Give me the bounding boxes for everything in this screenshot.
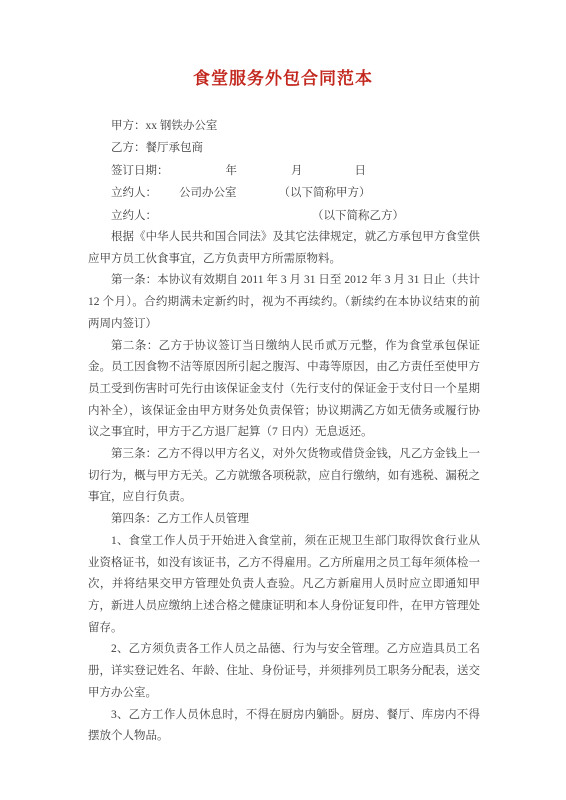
contract-header: 甲方：xx 钢铁办公室 乙方：餐厅承包商 签订日期：年月日 立约人：公司办公室（…	[88, 115, 480, 227]
sign-date-year-label: 年	[226, 160, 238, 182]
signatory-a-line: 立约人：公司办公室（以下简称甲方）	[111, 182, 480, 204]
party-a-value: xx 钢铁办公室	[146, 120, 218, 132]
paragraph-clause-4-item-3: 3、乙方工作人员休息时，不得在厨房内躺卧。厨房、餐厅、库房内不得摆放个人物品。	[88, 705, 480, 748]
party-a-label: 甲方：	[111, 120, 146, 132]
signatory-a-value: 公司办公室	[179, 182, 237, 204]
party-b-label: 乙方：	[111, 142, 146, 154]
signatory-a-label: 立约人：	[111, 187, 157, 199]
party-b-value: 餐厅承包商	[146, 142, 204, 154]
paragraph-clause-2: 第二条：乙方于协议签订当日缴纳人民币贰万元整，作为食堂承包保证金。员工因食物不洁…	[88, 336, 480, 445]
document-title: 食堂服务外包合同范本	[0, 0, 566, 89]
paragraph-clause-4-item-1: 1、食堂工作人员于开始进入食堂前，须在正规卫生部门取得饮食行业从业资格证书，如没…	[88, 531, 480, 640]
sign-date-label: 签订日期：	[111, 165, 169, 177]
paragraph-clause-4-item-2: 2、乙方须负责各工作人员之品德、行为与安全管理。乙方应造具员工名册，详实登记姓名…	[88, 639, 480, 704]
sign-date-day-label: 日	[355, 160, 367, 182]
signatory-a-note: （以下简称甲方）	[279, 182, 371, 204]
party-a-line: 甲方：xx 钢铁办公室	[111, 115, 480, 137]
signatory-b-line: 立约人：（以下简称乙方）	[111, 205, 480, 227]
paragraph-clause-3: 第三条：乙方不得以甲方名义，对外欠货物或借贷金钱，凡乙方金钱上一切行为，概与甲方…	[88, 444, 480, 509]
paragraph-clause-1: 第一条：本协议有效期自 2011 年 3 月 31 日至 2012 年 3 月 …	[88, 270, 480, 335]
signatory-b-note: （以下简称乙方）	[312, 205, 404, 227]
paragraph-preamble: 根据《中华人民共和国合同法》及其它法律规定，就乙方承包甲方食堂供应甲方员工伙食事…	[88, 227, 480, 270]
document-body: 甲方：xx 钢铁办公室 乙方：餐厅承包商 签订日期：年月日 立约人：公司办公室（…	[88, 115, 480, 748]
paragraph-clause-4-heading: 第四条：乙方工作人员管理	[88, 509, 480, 531]
sign-date-line: 签订日期：年月日	[111, 160, 480, 182]
signatory-b-label: 立约人：	[111, 210, 157, 222]
party-b-line: 乙方：餐厅承包商	[111, 137, 480, 159]
contract-clauses: 根据《中华人民共和国合同法》及其它法律规定，就乙方承包甲方食堂供应甲方员工伙食事…	[88, 227, 480, 748]
document-page: 食堂服务外包合同范本 甲方：xx 钢铁办公室 乙方：餐厅承包商 签订日期：年月日…	[0, 0, 566, 800]
sign-date-month-label: 月	[291, 160, 303, 182]
